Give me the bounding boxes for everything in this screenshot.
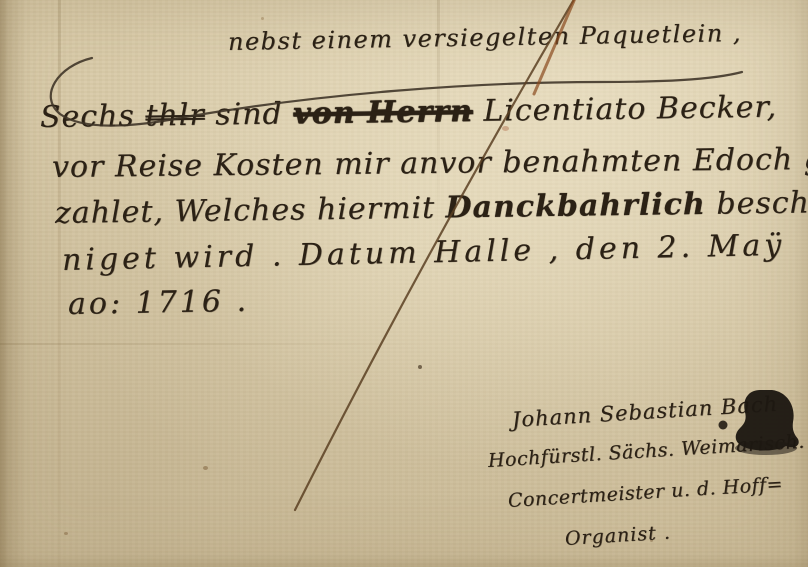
heading-line: nebst einem versiegelten Paquetlein , bbox=[228, 19, 742, 56]
paper-speck bbox=[64, 532, 68, 535]
signature-title-line-2: Concertmeister u. d. Hoff= bbox=[507, 473, 783, 512]
words-zahlet-welches-hiermit: zahlet, Welches hiermit bbox=[55, 191, 446, 231]
words-licentiato-becker: Licentiato Becker, bbox=[473, 90, 778, 129]
paper-speck bbox=[418, 365, 422, 369]
ink-drop bbox=[719, 421, 728, 430]
struck-word-thlr: thlr bbox=[145, 98, 205, 134]
paper-speck bbox=[261, 17, 264, 20]
signature-title-line-3: Organist . bbox=[564, 522, 671, 550]
body-line-4: niget wird . Datum Halle , den 2. Maÿ bbox=[62, 228, 786, 278]
signature-name-line: Johann Sebastian Bach bbox=[511, 392, 778, 432]
signature-title-line-1: Hochfürstl. Sächs. Weimarisch. bbox=[487, 431, 805, 472]
body-line-2: vor Reise Kosten mir anvor benahmten Edo… bbox=[52, 142, 808, 185]
paper-speck bbox=[203, 466, 208, 470]
word-beschei: beschei bbox=[706, 185, 808, 222]
date-line: ao: 1716 . bbox=[68, 284, 250, 322]
word-danckbahrlich: Danckbahrlich bbox=[445, 187, 706, 226]
horizontal-fold-crease bbox=[0, 343, 430, 345]
body-line-1: Sechs thlr sind von Herrn Licentiato Bec… bbox=[40, 90, 777, 135]
word-sind: sind bbox=[204, 96, 293, 132]
manuscript-page: nebst einem versiegelten Paquetlein , Se… bbox=[0, 0, 808, 567]
struck-words-von-herrn: von Herrn bbox=[293, 94, 473, 132]
body-line-3: zahlet, Welches hiermit Danckbahrlich be… bbox=[55, 185, 808, 231]
vertical-fold-crease bbox=[58, 0, 61, 567]
word-sechs: Sechs bbox=[40, 99, 146, 135]
